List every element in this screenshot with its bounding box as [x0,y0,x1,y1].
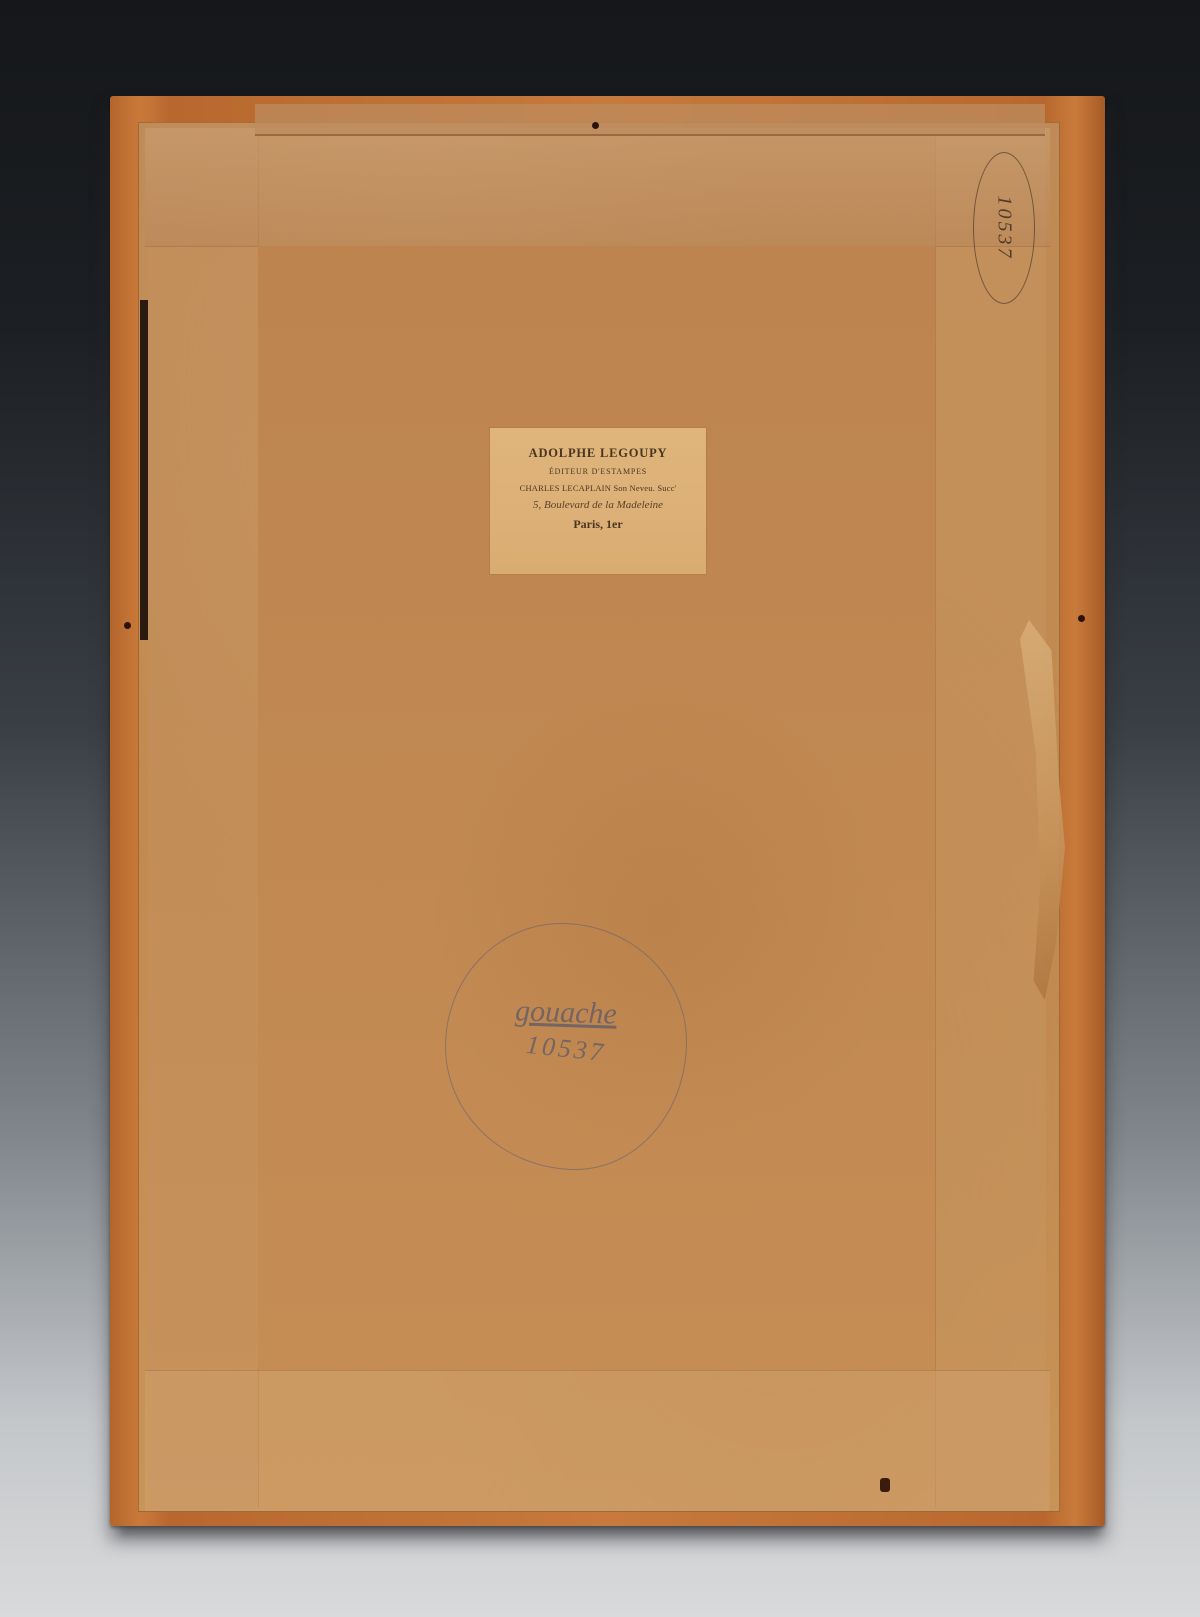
label-address: 5, Boulevard de la Madeleine [490,499,706,511]
nail-hole [592,122,599,129]
inner-backing-panel [258,246,935,1370]
label-city: Paris, 1er [490,517,706,532]
tape-bottom [145,1370,1050,1511]
corner-inventory-number: 10537 [993,196,1016,261]
label-dealer-name: ADOLPHE LEGOUPY [490,446,706,461]
frame-gap-left [140,300,148,640]
label-successor: CHARLES LECAPLAIN Son Neveu. Succ' [490,483,706,493]
nail-hole [1078,615,1085,622]
tear-hole [880,1478,890,1492]
dealer-label: ADOLPHE LEGOUPY ÉDITEUR D'ESTAMPES CHARL… [490,428,706,574]
ink-oval-inscription: 10537 [973,152,1035,304]
tape-right [935,128,1046,1508]
tape-top-strip [255,104,1045,136]
tape-left [148,128,259,1508]
label-profession: ÉDITEUR D'ESTAMPES [490,467,706,476]
tape-top [145,128,1050,247]
frame-shadow [120,1526,1100,1534]
nail-hole [124,622,131,629]
